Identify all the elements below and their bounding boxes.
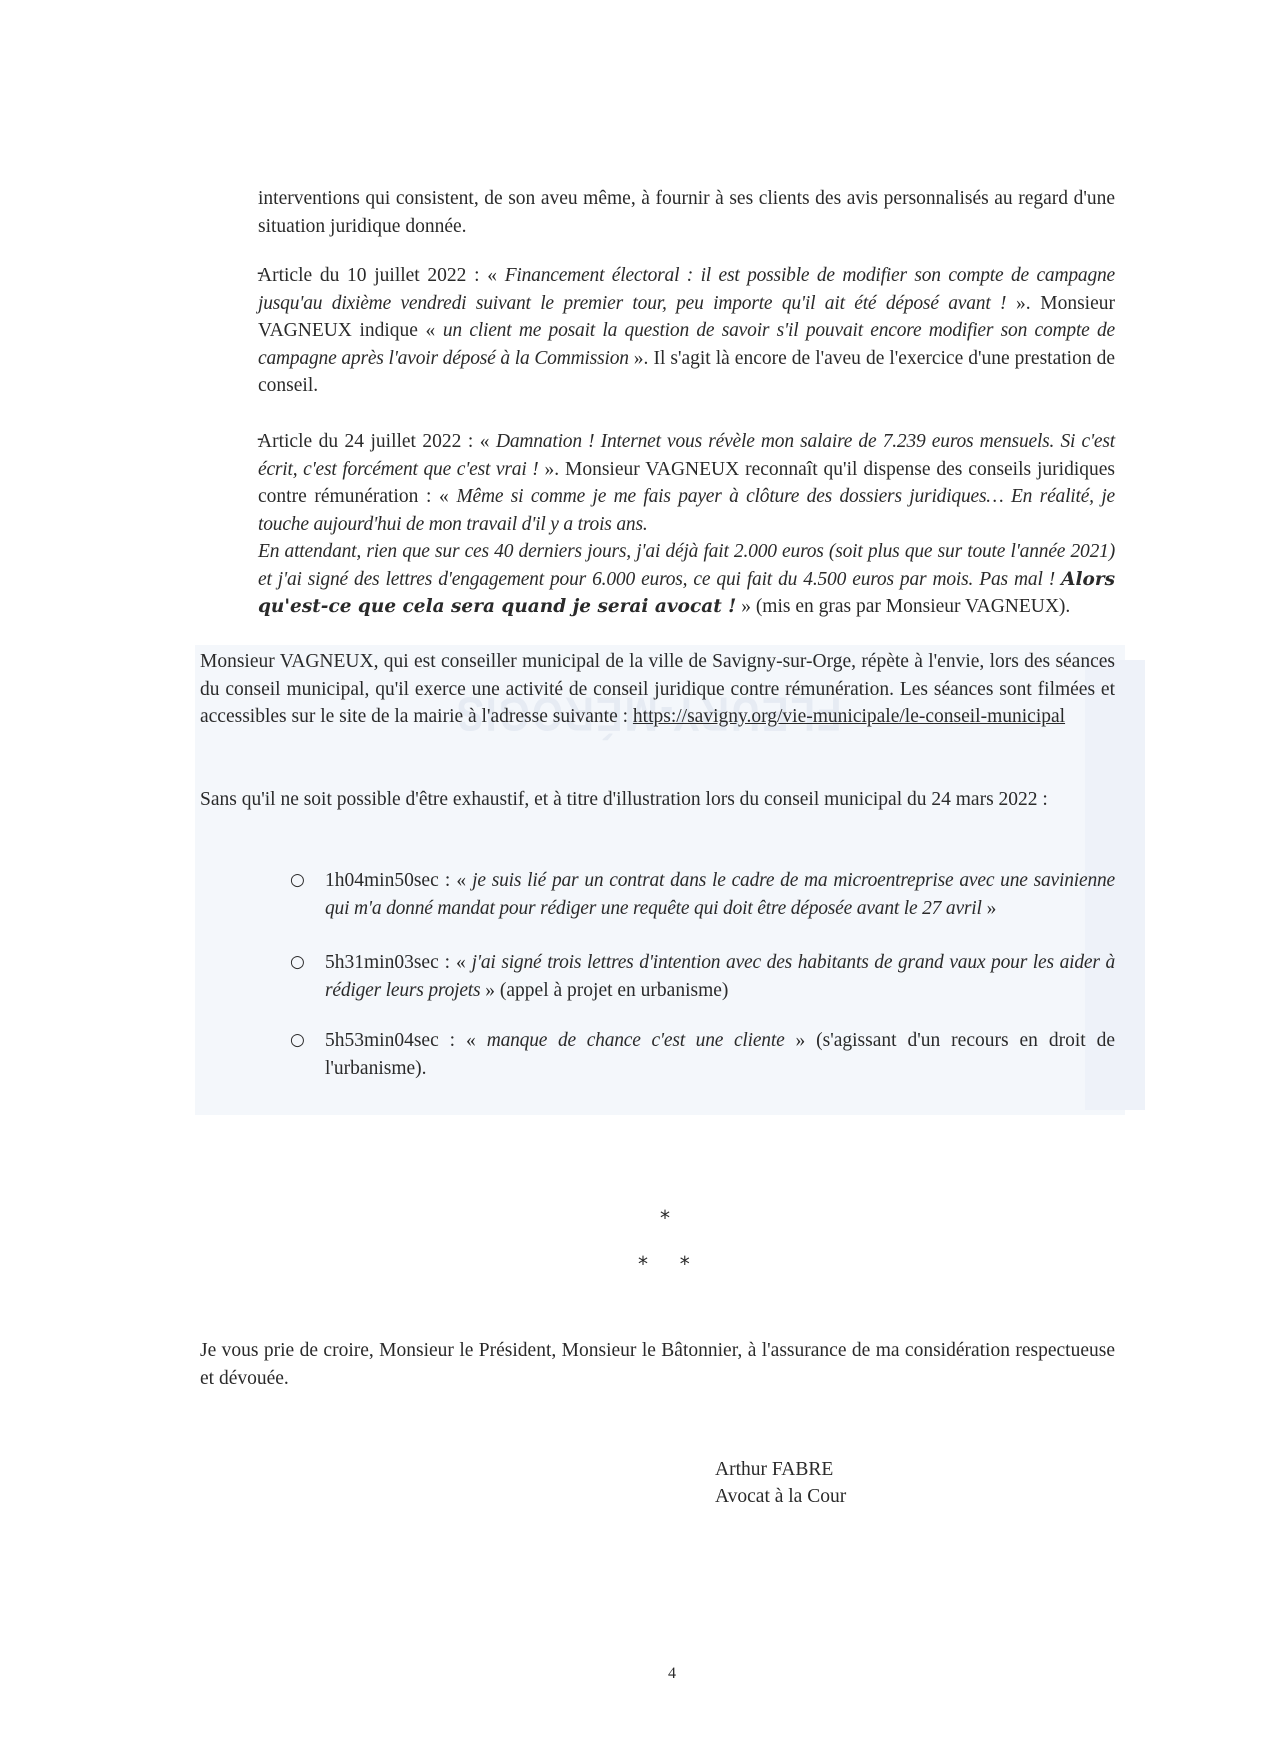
bullet-item-1h04: 1h04min50sec : « je suis lié par un cont…: [325, 867, 1115, 922]
bullet-item-5h53: 5h53min04sec : « manque de chance c'est …: [325, 1027, 1115, 1082]
closing-text: Je vous prie de croire, Monsieur le Prés…: [200, 1340, 1115, 1389]
article-10-juillet: Article du 10 juillet 2022 : « Financeme…: [258, 262, 1115, 400]
paragraph-conseiller-municipal: Monsieur VAGNEUX, qui est conseiller mun…: [200, 648, 1115, 731]
timestamp: 1h04min50sec : «: [325, 870, 472, 891]
signature-block: Arthur FABRE Avocat à la Cour: [715, 1456, 846, 1510]
page-number: 4: [668, 1665, 676, 1683]
article-24-juillet: Article du 24 juillet 2022 : « Damnation…: [258, 428, 1115, 538]
bullet-tail: »: [982, 898, 997, 919]
list-bullet: ○: [290, 870, 305, 890]
article-tail: » (mis en gras par Monsieur VAGNEUX).: [736, 596, 1070, 617]
mairie-link[interactable]: https://savigny.org/vie-municipale/le-co…: [633, 706, 1065, 727]
bullet-quote: manque de chance c'est une cliente: [487, 1030, 785, 1051]
timestamp: 5h31min03sec : «: [325, 952, 472, 973]
article-lead: Article du 24 juillet 2022 : «: [258, 431, 496, 452]
bullet-item-5h31: 5h31min03sec : « j'ai signé trois lettre…: [325, 949, 1115, 1004]
signatory-title: Avocat à la Cour: [715, 1483, 846, 1510]
signatory-name: Arthur FABRE: [715, 1456, 846, 1483]
list-bullet: ○: [290, 1030, 305, 1050]
paragraph-text: interventions qui consistent, de son ave…: [258, 188, 1115, 237]
separator-asterisks-bottom: * *: [638, 1252, 690, 1276]
paragraph-sans-exhaustif: Sans qu'il ne soit possible d'être exhau…: [200, 786, 1115, 814]
timestamp: 5h53min04sec : «: [325, 1030, 487, 1051]
bullet-tail: » (appel à projet en urbanisme): [480, 980, 728, 1001]
closing-formula: Je vous prie de croire, Monsieur le Prés…: [200, 1337, 1115, 1392]
paragraph-interventions: interventions qui consistent, de son ave…: [258, 185, 1115, 240]
list-bullet: ○: [290, 952, 305, 972]
article-lead: Article du 10 juillet 2022 : «: [258, 265, 505, 286]
paragraph-text: Sans qu'il ne soit possible d'être exhau…: [200, 789, 1048, 810]
article-quote: En attendant, rien que sur ces 40 dernie…: [258, 541, 1115, 590]
separator-asterisk-top: *: [660, 1206, 670, 1230]
article-24-juillet-continued: En attendant, rien que sur ces 40 dernie…: [258, 538, 1115, 621]
